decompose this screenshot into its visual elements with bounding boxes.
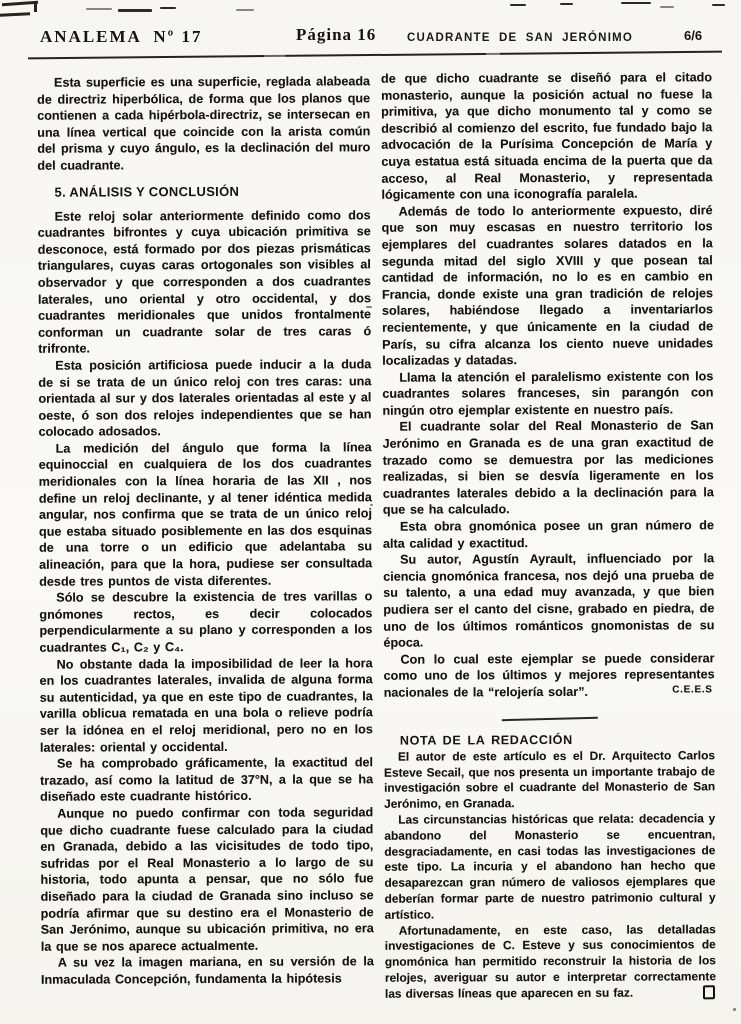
paragraph: Sólo se descubre la existencia de tres v… xyxy=(39,588,372,656)
scanned-page: ANALEMA Nº 17 Página 16 CUADRANTE DE SAN… xyxy=(0,0,741,1024)
scan-artifact xyxy=(160,7,176,9)
right-column: de que dicho cuadrante se diseñó para el… xyxy=(381,69,716,1002)
paragraph: Aunque no puedo confirmar con toda segur… xyxy=(40,804,374,955)
editorial-note: NOTA DE LA REDACCIÓN El autor de este ar… xyxy=(384,732,716,1002)
paragraph: La medición del ángulo que forma la líne… xyxy=(39,439,373,590)
closing-paragraph: Con lo cual este ejemplar se puede consi… xyxy=(384,650,715,701)
scan-artifact xyxy=(560,3,573,5)
scan-artifact xyxy=(621,2,651,4)
paragraph: El autor de este artículo es el Dr. Arqu… xyxy=(384,748,715,813)
scan-artifact xyxy=(118,9,152,12)
paragraph: A su vez la imagen mariana, en su versió… xyxy=(41,954,374,989)
scan-artifact xyxy=(86,8,112,10)
note-heading: NOTA DE LA REDACCIÓN xyxy=(400,732,715,747)
left-column: Esta superficie es una superficie, regla… xyxy=(37,73,374,988)
scan-artifact xyxy=(660,6,674,8)
paragraph: Esta superficie es una superficie, regla… xyxy=(37,73,370,174)
paragraph: El cuadrante solar del Real Monasterio d… xyxy=(382,418,713,519)
paragraph: Este reloj solar anteriormente definido … xyxy=(38,207,372,358)
paragraph: Esta posición artificiosa puede inducir … xyxy=(38,356,371,440)
scan-artifact xyxy=(510,4,526,6)
scan-artifact xyxy=(733,1008,736,1011)
page-number-label: Página 16 xyxy=(296,25,376,45)
last-note-paragraph: Afortunadamente, en este caso, las detal… xyxy=(385,922,716,1002)
scan-artifact xyxy=(0,12,30,17)
issue-fraction: 6/6 xyxy=(684,28,702,43)
paragraph: Las circunstancias históricas que relata… xyxy=(384,811,715,923)
paragraph: de que dicho cuadrante se diseñó para el… xyxy=(381,69,713,203)
note-separator-rule xyxy=(501,716,597,721)
scan-artifact xyxy=(2,1,38,7)
note-text: Afortunadamente, en este caso, las detal… xyxy=(385,922,716,1001)
paragraph: Se ha comprobado gráficamente, la exacti… xyxy=(40,754,373,805)
section-heading: 5. ANÁLISIS Y CONCLUSIÓN xyxy=(54,183,370,199)
paragraph: No obstante dada la imposibilidad de lee… xyxy=(40,655,373,756)
paragraph: Además de todo lo anteriormente expuesto… xyxy=(382,202,714,369)
paragraph: Su autor, Agustín Ayrault, influenciado … xyxy=(383,550,714,651)
scan-artifact xyxy=(34,3,37,12)
scan-artifact xyxy=(712,4,725,6)
paragraph: Esta obra gnomónica posee un gran número… xyxy=(383,517,714,552)
running-title: CUADRANTE DE SAN JERÓNIMO xyxy=(407,32,633,44)
closing-text: Con lo cual este ejemplar se puede consi… xyxy=(384,651,715,700)
author-initials: C.E.E.S xyxy=(672,682,713,699)
end-of-article-icon xyxy=(703,985,715,999)
paragraph: Llama la atención el paralelismo existen… xyxy=(382,368,713,419)
journal-title: ANALEMA Nº 17 xyxy=(40,27,203,47)
header-rule xyxy=(28,51,722,60)
scan-artifact xyxy=(236,9,254,11)
